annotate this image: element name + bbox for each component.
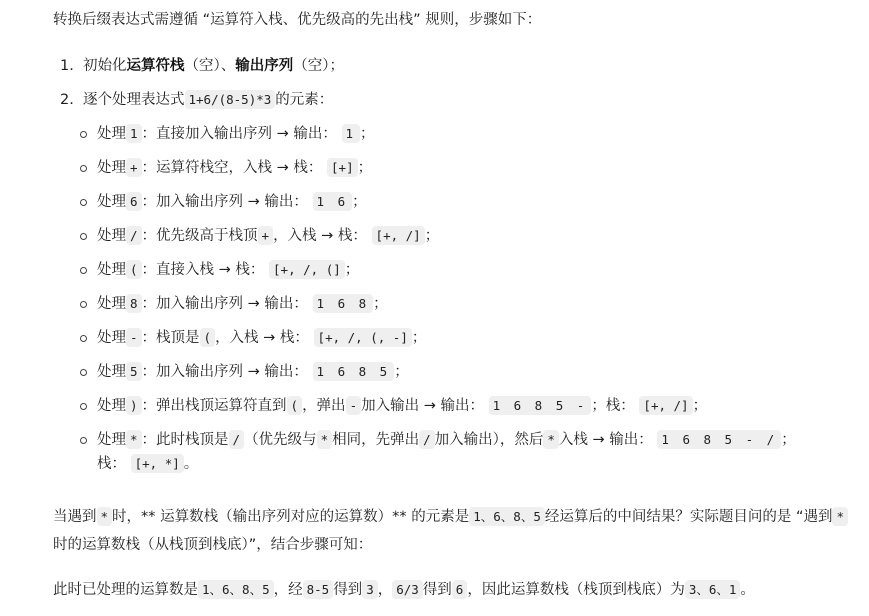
step-text: （空）、	[185, 58, 236, 74]
step-text: 初始化	[83, 58, 127, 74]
token-code: +	[126, 158, 142, 177]
substep-text: ：加入输出序列 → 输出：	[142, 194, 308, 210]
substep-text: 相同，先弹出	[332, 432, 419, 448]
punct: ；	[425, 228, 440, 244]
result-code: [+, /]	[639, 396, 692, 415]
substep-text: ：加入输出序列 → 输出：	[142, 364, 308, 380]
result-code: 1 6 8 5	[313, 362, 395, 381]
step-text: 的元素：	[275, 92, 333, 108]
inline-code: -	[346, 396, 362, 415]
substep-text: ：运算符栈空，入栈 → 栈：	[142, 160, 323, 176]
substep-text: ：优先级高于栈顶	[142, 228, 258, 244]
text: 当遇到	[53, 509, 97, 525]
punct: ；	[352, 194, 367, 210]
text: 时的运算数栈（从栈顶到栈底）”，结合步骤可知：	[53, 537, 372, 553]
punct: ；	[693, 398, 708, 414]
bullet-icon	[80, 369, 87, 376]
token-code: 5	[126, 362, 142, 381]
inline-code: 6	[452, 580, 468, 599]
token-code: 8	[126, 294, 142, 313]
substep: 处理6：加入输出序列 → 输出： 1 6；	[97, 190, 817, 214]
step-2: 2. 逐个处理表达式1+6/(8-5)*3的元素： 处理1：直接加入输出序列 →…	[83, 88, 817, 476]
result-code: 1 6 8 5 -	[489, 396, 592, 415]
substep-text: 入栈 → 输出：	[559, 432, 653, 448]
text: 时，** 运算数栈（输出序列对应的运算数）** 的元素是	[112, 509, 469, 525]
substep-text: ，弹出	[302, 398, 346, 414]
steps-list: 1. 初始化运算符栈（空）、输出序列（空）； 2. 逐个处理表达式1+6/(8-…	[53, 54, 817, 486]
step-text: （空）；	[293, 58, 344, 74]
bullet-icon	[80, 403, 87, 410]
step-1: 1. 初始化运算符栈（空）、输出序列（空）；	[83, 54, 817, 78]
token-code: /	[126, 226, 142, 245]
substep-text: ，入栈 → 栈：	[215, 330, 309, 346]
inline-code: *	[97, 507, 113, 526]
bullet-icon	[80, 131, 87, 138]
result-code: 1	[342, 124, 361, 143]
conclusion-paragraph: 此时已处理的运算数是1、6、8、5，经8-5得到3，6/3得到6，因此运算数栈（…	[53, 578, 755, 602]
inline-code: 8-5	[303, 580, 334, 599]
punct: 。	[184, 456, 199, 472]
substep: 处理/：优先级高于栈顶+，入栈 → 栈： [+, /]；	[97, 224, 817, 248]
inline-code: 3	[362, 580, 378, 599]
substep-text: 加入输出），然后	[435, 432, 544, 448]
substep-text: ：直接加入输出序列 → 输出：	[142, 126, 337, 142]
substep-text: ：此时栈顶是	[142, 432, 229, 448]
inline-code: (	[287, 396, 303, 415]
text: ，因此运算数栈（栈顶到栈底）为	[467, 582, 685, 598]
text: ，经	[274, 582, 303, 598]
text: ，	[378, 582, 393, 598]
bold-term: 输出序列	[235, 58, 293, 74]
bullet-icon	[80, 199, 87, 206]
punct: ；	[345, 262, 360, 278]
result-code: [+, /]	[372, 226, 425, 245]
substep-text: 栈：	[97, 456, 126, 472]
inline-code: *	[317, 430, 333, 449]
punct: ；	[412, 330, 427, 346]
bullet-icon	[80, 267, 87, 274]
inline-code: +	[258, 226, 274, 245]
substep-text: ：栈顶是	[142, 330, 200, 346]
text: 得到	[423, 582, 452, 598]
substep: 处理5：加入输出序列 → 输出： 1 6 8 5；	[97, 360, 817, 384]
text: 得到	[333, 582, 362, 598]
punct: ；	[781, 432, 796, 448]
inline-code: 6/3	[392, 580, 423, 599]
substep-text: ：直接入栈 → 栈：	[142, 262, 265, 278]
substeps-list: 处理1：直接加入输出序列 → 输出： 1； 处理+：运算符栈空，入栈 → 栈： …	[83, 122, 817, 476]
punct: ；	[360, 126, 375, 142]
substep: 处理+：运算符栈空，入栈 → 栈： [+]；	[97, 156, 817, 180]
token-code: 6	[126, 192, 142, 211]
inline-code: 1、6、8、5	[198, 580, 274, 599]
token-code: -	[126, 328, 142, 347]
token-code: )	[126, 396, 142, 415]
punct: ；	[394, 364, 409, 380]
bullet-icon	[80, 301, 87, 308]
substep-text: ：弹出栈顶运算符直到	[142, 398, 287, 414]
result-code: [+]	[327, 158, 358, 177]
token-code: (	[126, 260, 142, 279]
substep: 处理1：直接加入输出序列 → 输出： 1；	[97, 122, 817, 146]
inline-code: 1、6、8、5	[469, 507, 545, 526]
step-text: 逐个处理表达式	[83, 92, 185, 108]
substep: 处理*：此时栈顶是/（优先级与*相同，先弹出/加入输出），然后*入栈 → 输出：…	[97, 428, 817, 476]
substep-text: ；栈：	[591, 398, 635, 414]
inline-code: /	[229, 430, 245, 449]
substep-text: ：加入输出序列 → 输出：	[142, 296, 308, 312]
result-code: 1 6 8	[313, 294, 374, 313]
text: 经运算后的中间结果？实际题目问的是 “遇到	[545, 509, 833, 525]
inline-code: *	[543, 430, 559, 449]
result-code: [+, /, (]	[269, 260, 345, 279]
substep: 处理-：栈顶是(，入栈 → 栈： [+, /, (, -]；	[97, 326, 817, 350]
substep-text: 加入输出 → 输出：	[361, 398, 484, 414]
result-code: 1 6 8 5 - /	[657, 430, 781, 449]
substep-text: （优先级与	[244, 432, 317, 448]
bold-term: 运算符栈	[127, 58, 185, 74]
inline-code: 3、6、1	[685, 580, 741, 599]
substep: 处理)：弹出栈顶运算符直到(，弹出-加入输出 → 输出： 1 6 8 5 -；栈…	[97, 394, 817, 418]
bullet-icon	[80, 233, 87, 240]
inline-code: *	[832, 507, 848, 526]
bullet-icon	[80, 165, 87, 172]
substep: 处理(：直接入栈 → 栈： [+, /, (]；	[97, 258, 817, 282]
step-number: 1.	[60, 54, 74, 78]
bullet-icon	[80, 335, 87, 342]
token-code: 1	[126, 124, 142, 143]
punct: ；	[358, 160, 373, 176]
substep: 处理8：加入输出序列 → 输出： 1 6 8；	[97, 292, 817, 316]
result-code: 1 6	[313, 192, 353, 211]
intro-text: 转换后缀表达式需遵循 “运算符入栈、优先级高的先出栈” 规则，步骤如下：	[53, 8, 541, 32]
step-number: 2.	[60, 88, 74, 112]
explanation-paragraph: 当遇到*时，** 运算数栈（输出序列对应的运算数）** 的元素是1、6、8、5经…	[53, 503, 853, 559]
text: 。	[740, 582, 755, 598]
inline-code: /	[419, 430, 435, 449]
substep-text: ，入栈 → 栈：	[273, 228, 367, 244]
result-code: [+, /, (, -]	[314, 328, 412, 347]
punct: ；	[373, 296, 388, 312]
token-code: *	[126, 430, 142, 449]
inline-code: (	[200, 328, 216, 347]
result-code: [+, *]	[131, 454, 184, 473]
bullet-icon	[80, 437, 87, 444]
inline-code: 1+6/(8-5)*3	[185, 90, 276, 109]
text: 此时已处理的运算数是	[53, 582, 198, 598]
